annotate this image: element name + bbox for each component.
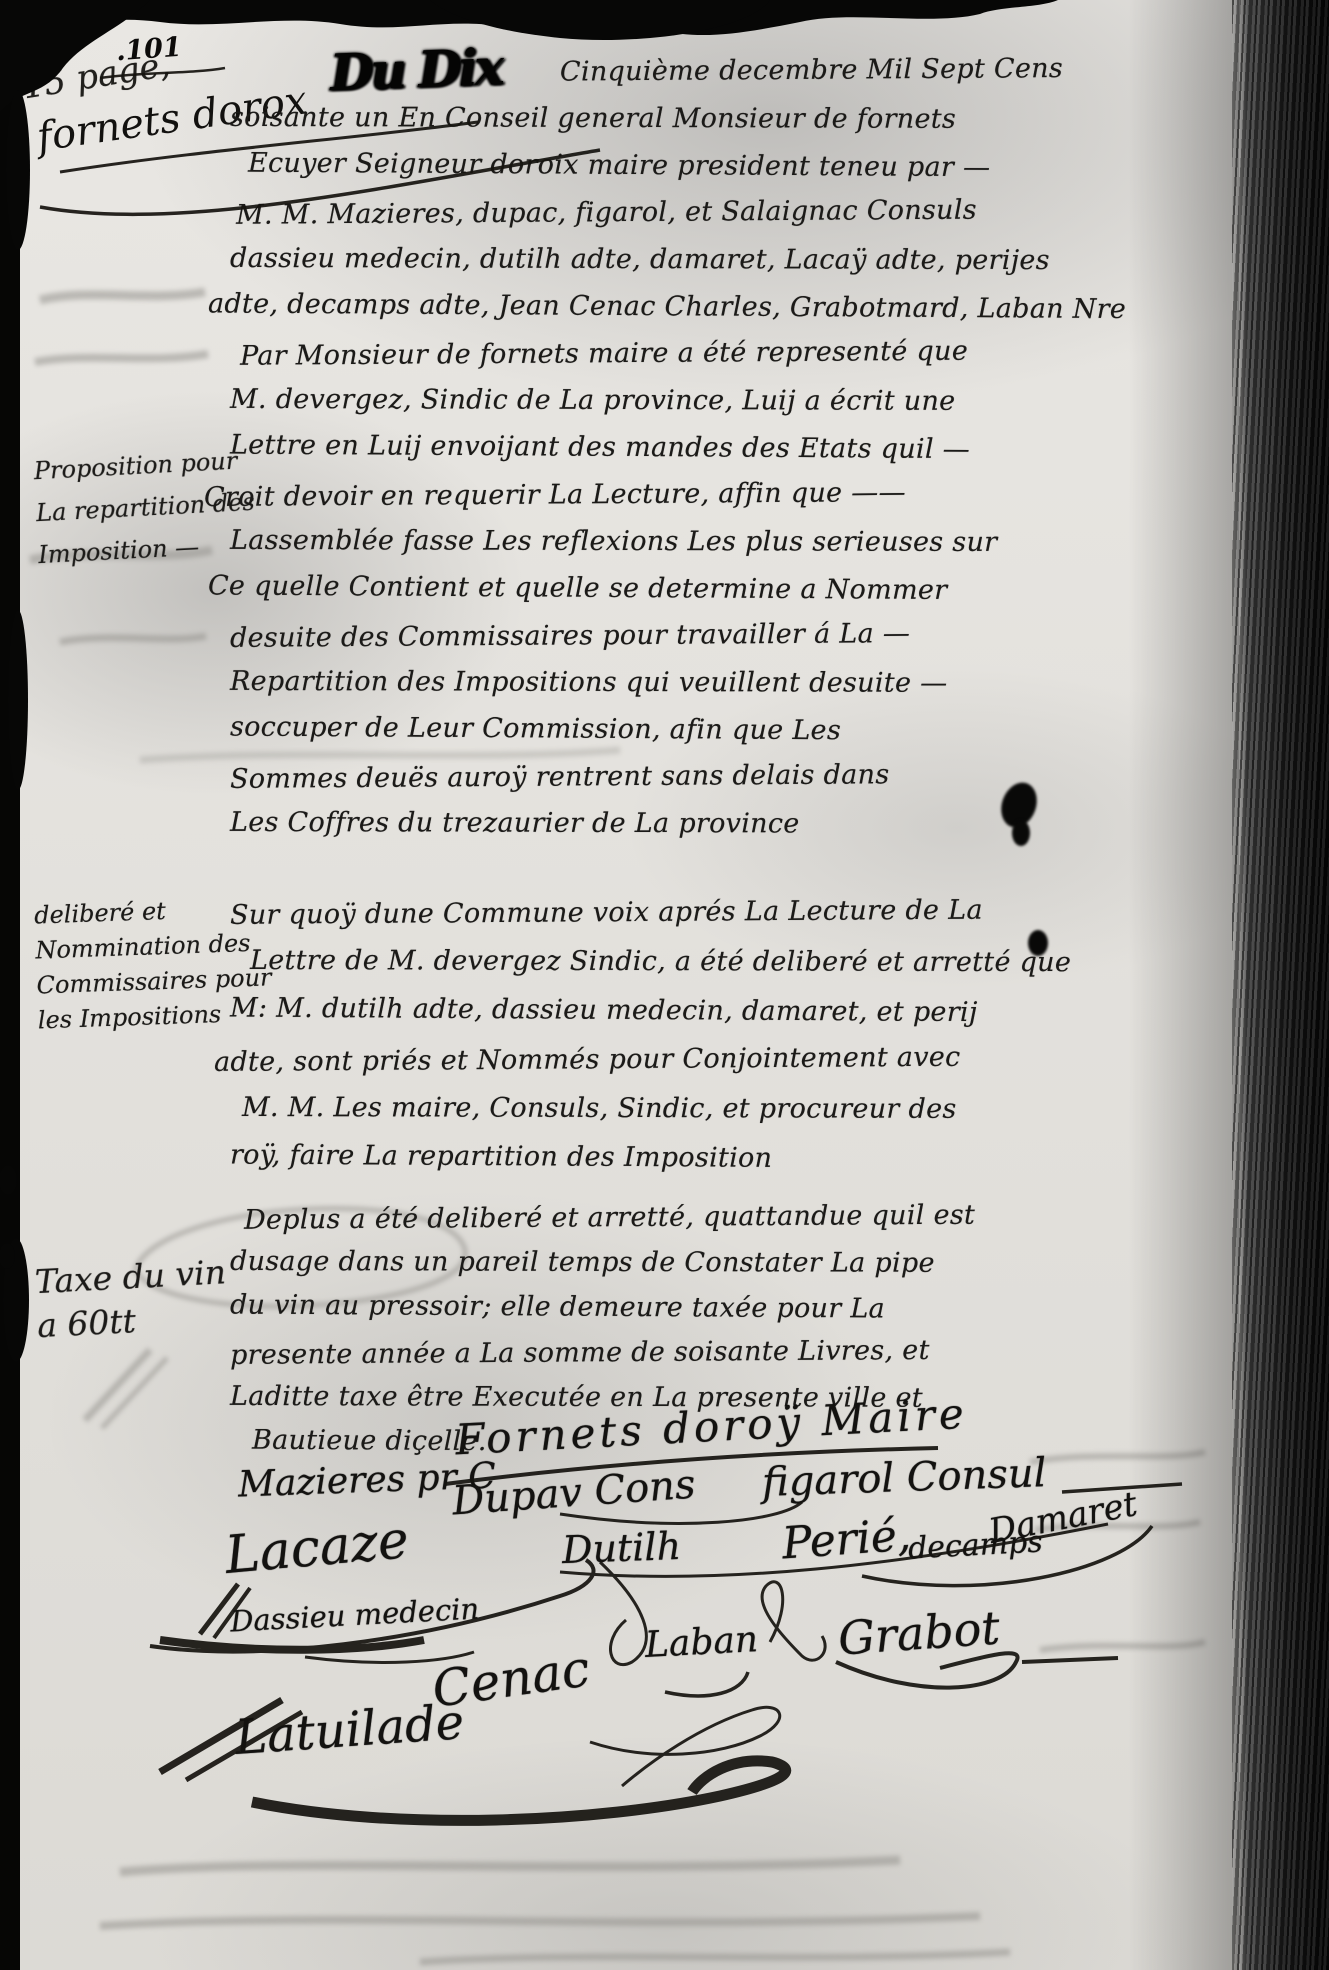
ink-overwrite-blot: Du Dix — [329, 37, 502, 102]
manuscript-line: adte, decamps adte, Jean Cenac Charles, … — [208, 280, 1052, 332]
book-binding-edge — [1232, 0, 1329, 1970]
margin-note-deliberation: deliberé et Nommination des Commissaires… — [26, 891, 246, 1038]
manuscript-line: Ecuyer Seigneur doroix maire president t… — [222, 139, 1052, 191]
margin-note-line: les Impositions — [29, 996, 245, 1038]
signature-grabot: Grabot — [836, 1600, 1001, 1665]
manuscript-line: Croit devoir en requerir La Lecture, aff… — [204, 468, 1052, 521]
manuscript-line: M. M. Les maire, Consuls, Sindic, et pro… — [222, 1083, 1052, 1134]
top-edge-dip — [430, 0, 770, 40]
ghost-line — [420, 1952, 1010, 1962]
ink-blot — [1012, 820, 1030, 846]
top-edge-band — [0, 0, 1058, 35]
ghost-line — [100, 1916, 980, 1926]
paragraph-session-and-proposition: Cinquième decembre Mil Sept Cens soisant… — [222, 48, 1052, 847]
manuscript-line: Lettre en Luij envoijant des mandes des … — [222, 421, 1052, 473]
manuscript-line: Par Monsieur de fornets maire a été repr… — [222, 327, 1052, 380]
manuscript-line: Ce quelle Contient et quelle se determin… — [208, 562, 1052, 614]
ghost-line — [120, 1860, 900, 1872]
ghost-line — [60, 636, 206, 642]
manuscript-line: du vin au pressoir; elle demeure taxée p… — [222, 1282, 1052, 1332]
ghost-line — [35, 354, 208, 362]
manuscript-line: Sommes deuës auroÿ rentrent sans delais … — [222, 750, 1052, 803]
signature-lacaze: Lacaze — [223, 1510, 411, 1586]
signature-latuilade: Latuilade — [233, 1694, 466, 1766]
manuscript-line: soccuper de Leur Commission, afin que Le… — [222, 703, 1052, 755]
manuscript-line: roÿ, faire La repartition des Imposition — [222, 1130, 1052, 1184]
latuilade-heavy-underline — [252, 1761, 786, 1821]
manuscript-line: dusage dans un pareil temps de Constater… — [222, 1239, 1052, 1286]
ink-blot — [1028, 930, 1048, 956]
manuscript-line: M. devergez, Sindic de La province, Luij… — [222, 376, 1052, 425]
left-scan-edge — [0, 0, 20, 1970]
manuscript-line: Lettre de M. devergez Sindic, a été deli… — [222, 936, 1052, 987]
manuscript-line: Lassemblée fasse Les reflexions Les plus… — [222, 517, 1052, 566]
signature-figarol: figarol Consul — [761, 1450, 1047, 1506]
grabot-trailing-dash — [1022, 1658, 1118, 1662]
signature-dassieu-medecin: Dassieu medecin — [229, 1592, 480, 1639]
manuscript-line: Sur quoÿ dune Commune voix aprés La Lect… — [222, 885, 1052, 940]
manuscript-line: Deplus a été deliberé et arretté, quatta… — [222, 1192, 1052, 1243]
paragraph-nomination-commissaires: Sur quoÿ dune Commune voix aprés La Lect… — [222, 888, 1052, 1182]
margin-note-wine-tax: Taxe du vin a 60tt — [26, 1249, 245, 1348]
manuscript-line: desuite des Commissaires pour travailler… — [222, 609, 1052, 662]
manuscript-line: Repartition des Impositions qui veuillen… — [222, 658, 1052, 707]
manuscript-line: M: M. dutilh adte, dassieu medecin, dama… — [222, 983, 1052, 1037]
signature-laban: Laban — [644, 1619, 759, 1666]
dassieu-underline-thick — [160, 1640, 424, 1650]
signature-perie: Perié, — [780, 1510, 912, 1570]
page-gutter-shadow — [1129, 0, 1239, 1970]
cenac-paraph — [590, 1707, 780, 1786]
manuscript-line: M. M. Mazieres, dupac, figarol, et Salai… — [222, 186, 1052, 239]
cenac-trailing-curl — [665, 1672, 748, 1696]
dutilh-paraph — [600, 1562, 646, 1665]
manuscript-line: adte, sont priés et Nommés pour Conjoint… — [214, 1032, 1052, 1087]
ghost-slash — [102, 1358, 167, 1428]
laban-paraph — [762, 1582, 825, 1660]
signature-dutilh: Dutilh — [561, 1524, 681, 1572]
ghost-line — [40, 292, 205, 300]
manuscript-line: presente année a La somme de soisante Li… — [222, 1327, 1052, 1378]
ghost-slash — [85, 1350, 150, 1420]
manuscript-page-scan: .101 15 page, fornets dorox Du Dix Propo… — [0, 0, 1329, 1970]
manuscript-line: Les Coffres du trezaurier de La province — [222, 799, 1052, 848]
manuscript-line: dassieu medecin, dutilh adte, damaret, L… — [222, 235, 1052, 284]
